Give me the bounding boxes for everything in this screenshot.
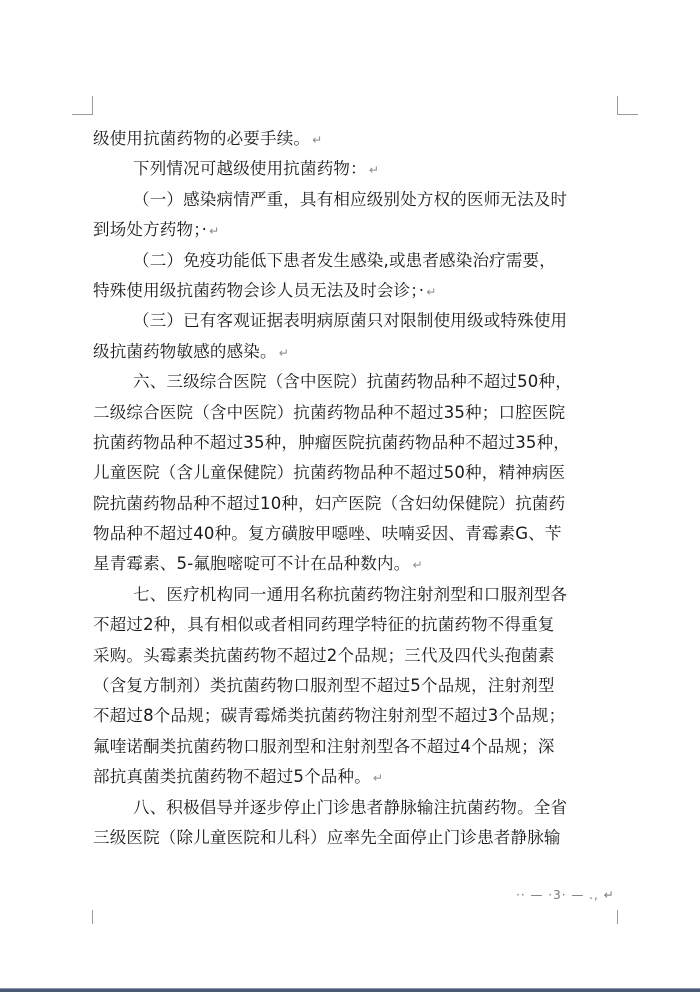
- paragraph-mark-icon: ↵: [369, 163, 379, 177]
- margin-corner-top-right: [617, 96, 638, 115]
- line-text: 二级综合医院（含中医院）抗菌药物品种不超过35种；口腔医院: [93, 403, 565, 422]
- line-text: 八、积极倡导并逐步停止门诊患者静脉输注抗菌药物。全省: [133, 798, 567, 817]
- paragraph-mark-icon: ↵: [312, 133, 322, 147]
- margin-corner-bottom-left: [92, 910, 93, 924]
- text-line: 八、积极倡导并逐步停止门诊患者静脉输注抗菌药物。全省: [93, 793, 617, 823]
- line-text: 部抗真菌类抗菌药物不超过5个品种。: [93, 767, 371, 786]
- text-line: 级抗菌药物敏感的感染。↵: [93, 337, 617, 367]
- margin-corner-bottom-right: [617, 910, 618, 924]
- margin-corner-top-left: [72, 96, 93, 115]
- line-text: 星青霉素、5-氟胞嘧啶可不计在品种数内。: [93, 554, 410, 573]
- text-line: （二）免疫功能低下患者发生感染,或患者感染治疗需要，: [93, 246, 617, 276]
- line-text: （二）免疫功能低下患者发生感染,或患者感染治疗需要，: [133, 251, 556, 270]
- text-line: 儿童医院（含儿童保健院）抗菌药物品种不超过50种，精神病医: [93, 458, 617, 488]
- text-line: 下列情况可越级使用抗菌药物：↵: [93, 154, 617, 184]
- line-text: （三）已有客观证据表明病原菌只对限制使用级或特殊使用: [133, 311, 567, 330]
- line-text: 六、三级综合医院（含中医院）抗菌药物品种不超过50种，: [133, 372, 572, 391]
- text-line: 不超过2种，具有相似或者相同药理学特征的抗菌药物不得重复: [93, 610, 617, 640]
- text-line: 特殊使用级抗菌药物会诊人员无法及时会诊；·↵: [93, 276, 617, 306]
- text-line: 六、三级综合医院（含中医院）抗菌药物品种不超过50种，: [93, 367, 617, 397]
- line-text: 下列情况可越级使用抗菌药物：: [133, 159, 367, 178]
- window-bottom-edge: [0, 988, 700, 992]
- line-text: （一）感染病情严重，具有相应级别处方权的医师无法及时: [133, 190, 567, 209]
- line-text: 三级医院（除儿童医院和儿科）应率先全面停止门诊患者静脉输: [93, 828, 561, 847]
- text-line: 部抗真菌类抗菌药物不超过5个品种。↵: [93, 762, 617, 792]
- text-line: 二级综合医院（含中医院）抗菌药物品种不超过35种；口腔医院: [93, 398, 617, 428]
- text-line: 抗菌药物品种不超过35种，肿瘤医院抗菌药物品种不超过35种，: [93, 428, 617, 458]
- line-text: 七、医疗机构同一通用名称抗菌药物注射剂型和口服剂型各: [133, 585, 567, 604]
- line-text: 儿童医院（含儿童保健院）抗菌药物品种不超过50种，精神病医: [93, 463, 565, 482]
- text-line: 院抗菌药物品种不超过10种，妇产医院（含妇幼保健院）抗菌药: [93, 489, 617, 519]
- text-line: 七、医疗机构同一通用名称抗菌药物注射剂型和口服剂型各: [93, 580, 617, 610]
- text-line: （含复方制剂）类抗菌药物口服剂型不超过5个品规，注射剂型: [93, 671, 617, 701]
- text-line: 物品种不超过40种。复方磺胺甲噁唑、呋喃妥因、青霉素G、苄: [93, 519, 617, 549]
- paragraph-mark-icon: ↵: [426, 285, 436, 299]
- line-text: 级使用抗菌药物的必要手续。: [93, 129, 310, 148]
- line-text: 采购。头霉素类抗菌药物不超过2个品规；三代及四代头孢菌素: [93, 646, 555, 665]
- line-text: 不超过2种，具有相似或者相同药理学特征的抗菌药物不得重复: [93, 615, 555, 634]
- line-text: 特殊使用级抗菌药物会诊人员无法及时会诊；·: [93, 281, 424, 300]
- line-text: （含复方制剂）类抗菌药物口服剂型不超过5个品规，注射剂型: [93, 676, 555, 695]
- paragraph-mark-icon: ↵: [373, 771, 383, 785]
- text-line: 星青霉素、5-氟胞嘧啶可不计在品种数内。↵: [93, 549, 617, 579]
- line-text: 到场处方药物；·: [93, 220, 207, 239]
- text-line: 氟喹诺酮类抗菌药物口服剂型和注射剂型各不超过4个品规；深: [93, 732, 617, 762]
- line-text: 抗菌药物品种不超过35种，肿瘤医院抗菌药物品种不超过35种，: [93, 433, 570, 452]
- document-page[interactable]: 级使用抗菌药物的必要手续。↵ 下列情况可越级使用抗菌药物：↵ （一）感染病情严重…: [0, 0, 700, 988]
- text-line: 采购。头霉素类抗菌药物不超过2个品规；三代及四代头孢菌素: [93, 641, 617, 671]
- page-number-footer: ·· — ·3· — ., ↵: [516, 888, 615, 902]
- text-line: 三级医院（除儿童医院和儿科）应率先全面停止门诊患者静脉输: [93, 823, 617, 853]
- line-text: 不超过8个品规；碳青霉烯类抗菌药物注射剂型不超过3个品规；: [93, 706, 565, 725]
- paragraph-mark-icon: ↵: [209, 224, 219, 238]
- text-line: 到场处方药物；·↵: [93, 215, 617, 245]
- text-line: （三）已有客观证据表明病原菌只对限制使用级或特殊使用: [93, 306, 617, 336]
- text-line: 不超过8个品规；碳青霉烯类抗菌药物注射剂型不超过3个品规；: [93, 701, 617, 731]
- text-line: （一）感染病情严重，具有相应级别处方权的医师无法及时: [93, 185, 617, 215]
- text-line: 级使用抗菌药物的必要手续。↵: [93, 124, 617, 154]
- document-body[interactable]: 级使用抗菌药物的必要手续。↵ 下列情况可越级使用抗菌药物：↵ （一）感染病情严重…: [93, 124, 617, 853]
- paragraph-mark-icon: ↵: [412, 558, 422, 572]
- line-text: 院抗菌药物品种不超过10种，妇产医院（含妇幼保健院）抗菌药: [93, 494, 565, 513]
- line-text: 物品种不超过40种。复方磺胺甲噁唑、呋喃妥因、青霉素G、苄: [93, 524, 562, 543]
- line-text: 级抗菌药物敏感的感染。: [93, 342, 277, 361]
- paragraph-mark-icon: ↵: [279, 346, 289, 360]
- line-text: 氟喹诺酮类抗菌药物口服剂型和注射剂型各不超过4个品规；深: [93, 737, 555, 756]
